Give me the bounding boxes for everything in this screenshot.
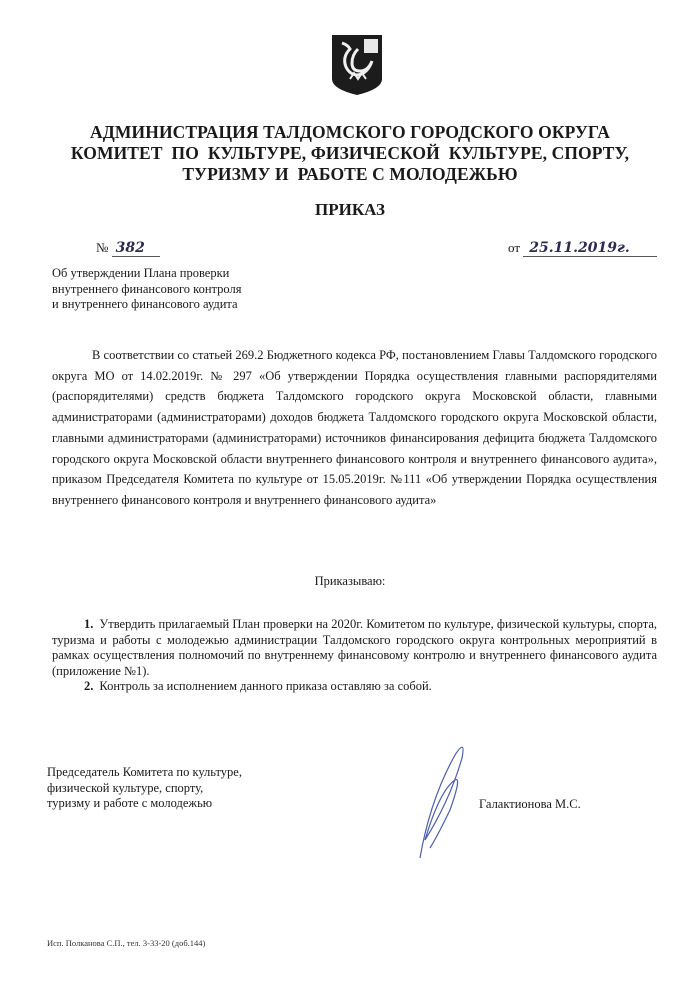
order-subject: Об утверждении Плана проверки внутреннег… — [52, 266, 241, 313]
signatory-position: Председатель Комитета по культуре, физич… — [47, 765, 242, 812]
order-item: 1.Утвердить прилагаемый План проверки на… — [52, 617, 657, 679]
order-date-value: 25.11.2019г. — [523, 240, 657, 257]
org-name-line-2: КОМИТЕТ ПО КУЛЬТУРЕ, ФИЗИЧЕСКОЙ КУЛЬТУРЕ… — [0, 143, 700, 164]
signatory-name: Галактионова М.С. — [479, 797, 581, 812]
subject-line: и внутреннего финансового аудита — [52, 297, 241, 313]
position-line: Председатель Комитета по культуре, — [47, 765, 242, 781]
executor-contact: Исп. Полканова С.П., тел. 3-33-20 (доб.1… — [47, 938, 205, 948]
order-date-label: от — [508, 240, 520, 255]
item-number: 2. — [84, 679, 93, 693]
handwritten-signature-icon — [400, 740, 480, 860]
order-number: № 382 — [96, 240, 160, 257]
document-title: ПРИКАЗ — [0, 200, 700, 220]
order-number-label: № — [96, 240, 108, 255]
subject-line: внутреннего финансового контроля — [52, 282, 241, 298]
order-items-list: 1.Утвердить прилагаемый План проверки на… — [52, 617, 657, 695]
org-name-line-1: АДМИНИСТРАЦИЯ ТАЛДОМСКОГО ГОРОДСКОГО ОКР… — [0, 122, 700, 143]
item-text: Утвердить прилагаемый План проверки на 2… — [52, 617, 657, 678]
position-line: туризму и работе с молодежью — [47, 796, 242, 812]
order-date: от 25.11.2019г. — [508, 240, 657, 257]
coat-of-arms-icon — [330, 33, 384, 97]
item-number: 1. — [84, 617, 93, 631]
order-number-value: 382 — [112, 240, 160, 257]
preamble-paragraph: В соответствии со статьей 269.2 Бюджетно… — [52, 345, 657, 511]
item-text: Контроль за исполнением данного приказа … — [99, 679, 431, 693]
subject-line: Об утверждении Плана проверки — [52, 266, 241, 282]
org-name-line-3: ТУРИЗМУ И РАБОТЕ С МОЛОДЕЖЬЮ — [0, 164, 700, 185]
position-line: физической культуре, спорту, — [47, 781, 242, 797]
order-item: 2.Контроль за исполнением данного приказ… — [52, 679, 657, 695]
order-directive: Приказываю: — [0, 574, 700, 589]
